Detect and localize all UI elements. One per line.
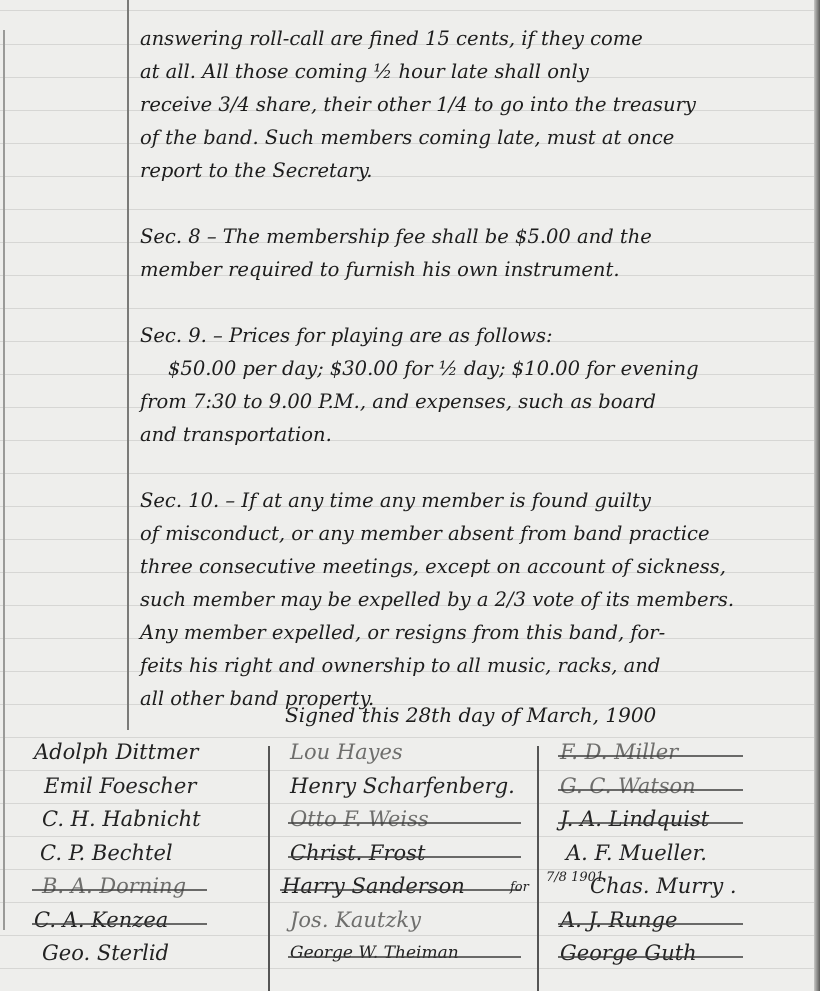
text-line: of the band. Such members coming late, m… <box>140 121 805 154</box>
section-10: Sec. 10. – If at any time any member is … <box>140 484 805 715</box>
section-8: Sec. 8 – The membership fee shall be $5.… <box>140 220 805 286</box>
signature-annotation: for <box>510 880 529 895</box>
signature: C. H. Habnicht <box>34 803 201 837</box>
signature-column-1: Adolph Dittmer Emil Foescher C. H. Habni… <box>34 736 201 971</box>
margin-rule <box>127 0 129 730</box>
signed-date-line: Signed this 28th day of March, 1900 <box>285 703 656 727</box>
continuation-paragraph: answering roll-call are fined 15 cents, … <box>140 22 805 187</box>
text-line: receive 3/4 share, their other 1/4 to go… <box>140 88 805 121</box>
signature-struck: F. D. Miller <box>560 736 737 770</box>
text-line: Any member expelled, or resigns from thi… <box>140 616 805 649</box>
signature-struck: Otto F. Weiss <box>290 803 515 837</box>
signature-struck: Harry Sanderson <box>282 870 515 904</box>
signature-struck: B. A. Dorning <box>34 870 201 904</box>
text-line: feits his right and ownership to all mus… <box>140 649 805 682</box>
text-line: of misconduct, or any member absent from… <box>140 517 805 550</box>
text-line: and transportation. <box>140 418 805 451</box>
text-line: report to the Secretary. <box>140 154 805 187</box>
text-line: member required to furnish his own instr… <box>140 253 805 286</box>
signature: Lou Hayes <box>290 736 515 770</box>
signature-struck: George Guth <box>560 937 737 971</box>
signature-struck: A. J. Runge <box>560 904 737 938</box>
signature-column-2: Lou Hayes Henry Scharfenberg. Otto F. We… <box>290 736 515 971</box>
text-line: $50.00 per day; $30.00 for ½ day; $10.00… <box>140 352 805 385</box>
signature: Emil Foescher <box>34 770 201 804</box>
signature-column-3: F. D. Miller G. C. Watson J. A. Lindquis… <box>560 736 737 971</box>
section-9: Sec. 9. – Prices for playing are as foll… <box>140 319 805 451</box>
signature-struck: G. C. Watson <box>560 770 737 804</box>
ledger-page: answering roll-call are fined 15 cents, … <box>0 0 820 991</box>
signature-struck: Christ. Frost <box>290 837 515 871</box>
signature-struck: George W. Theiman <box>290 937 515 971</box>
bylaws-text: answering roll-call are fined 15 cents, … <box>140 22 805 715</box>
text-line: Sec. 9. – Prices for playing are as foll… <box>140 319 805 352</box>
signature-column-divider <box>537 746 539 991</box>
signature: Adolph Dittmer <box>34 736 201 770</box>
signature-struck: C. A. Kenzea <box>34 904 201 938</box>
text-line: three consecutive meetings, except on ac… <box>140 550 805 583</box>
text-line: answering roll-call are fined 15 cents, … <box>140 22 805 55</box>
signature: C. P. Bechtel <box>34 837 201 871</box>
signature: A. F. Mueller. <box>560 837 737 871</box>
signature: Henry Scharfenberg. <box>290 770 515 804</box>
signature: Jos. Kautzky <box>290 904 515 938</box>
signature-date-annotation: 7/8 1901 <box>546 870 604 885</box>
signature: Geo. Sterlid <box>34 937 201 971</box>
text-line: from 7:30 to 9.00 P.M., and expenses, su… <box>140 385 805 418</box>
text-line: Sec. 8 – The membership fee shall be $5.… <box>140 220 805 253</box>
text-line: at all. All those coming ½ hour late sha… <box>140 55 805 88</box>
page-right-edge <box>814 0 820 991</box>
text-line: such member may be expelled by a 2/3 vot… <box>140 583 805 616</box>
text-line: Sec. 10. – If at any time any member is … <box>140 484 805 517</box>
signature-struck: J. A. Lindquist <box>560 803 737 837</box>
signature-column-divider <box>268 746 270 991</box>
page-left-edge <box>3 30 5 930</box>
